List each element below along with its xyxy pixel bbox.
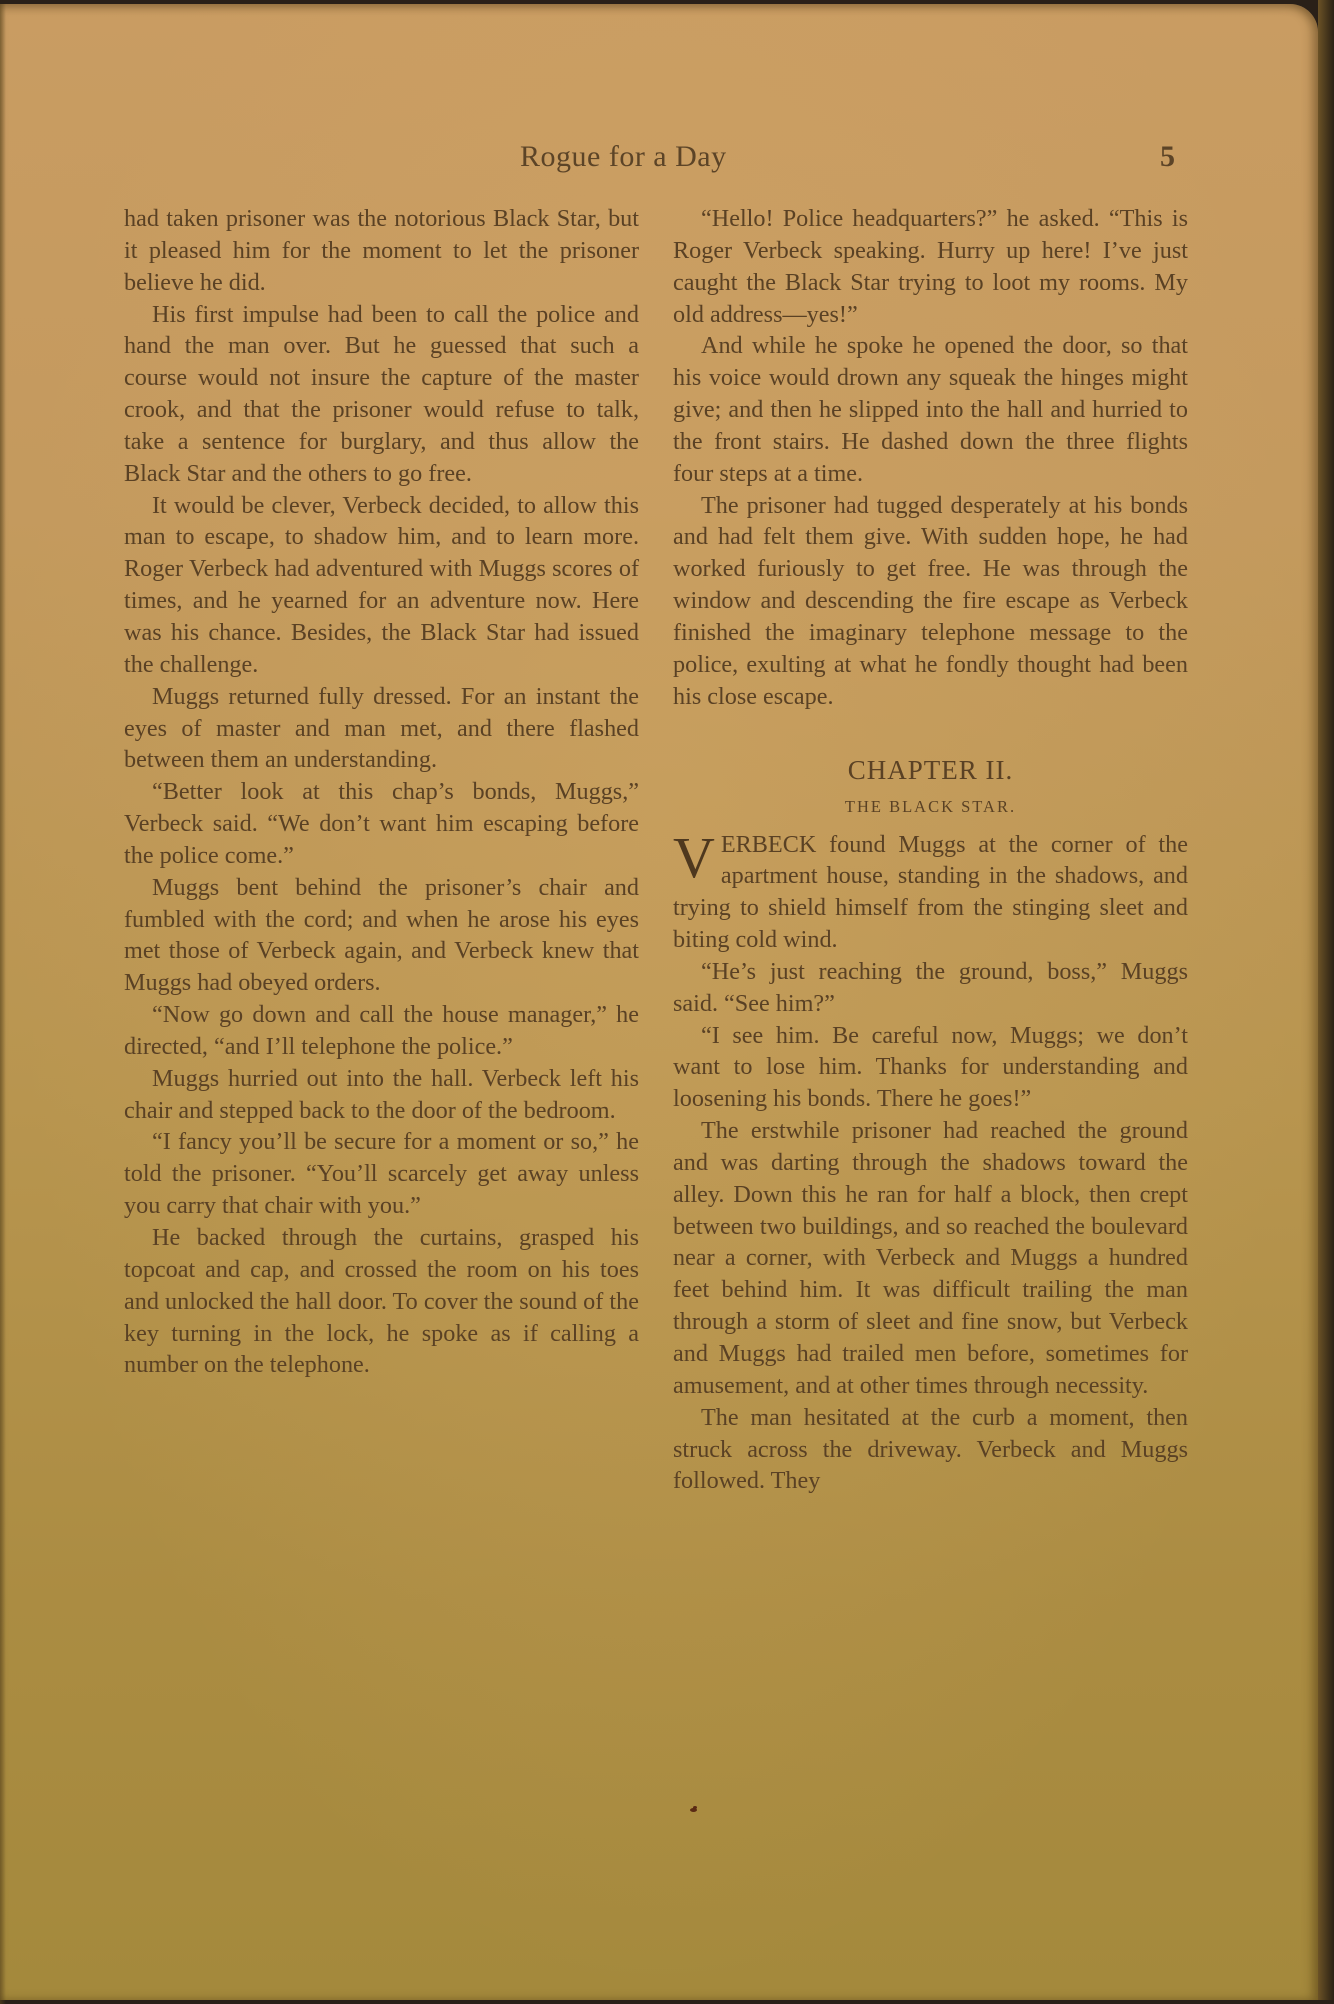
paragraph: “I see him. Be careful now, Muggs; we do… (673, 1020, 1188, 1116)
paragraph: It would be clever, Verbeck decided, to … (124, 490, 639, 681)
chapter-subtitle: THE BLACK STAR. (673, 793, 1188, 821)
paragraph: His first impulse had been to call the p… (124, 299, 639, 490)
paragraph: Muggs returned fully dressed. For an ins… (124, 681, 639, 777)
paragraph: The prisoner had tugged desperately at h… (673, 490, 1188, 713)
paragraph: And while he spoke he opened the door, s… (673, 330, 1188, 489)
chapter-heading: CHAPTER II. (673, 753, 1188, 787)
page-left-edge (0, 4, 6, 2000)
paragraph: “Now go down and call the house manager,… (124, 999, 639, 1063)
paragraph: had taken prisoner was the notorious Bla… (124, 203, 639, 299)
paragraph: The man hesitated at the curb a mo­ment,… (673, 1402, 1188, 1498)
paragraph: “Better look at this chap’s bonds, Muggs… (124, 776, 639, 872)
page-number: 5 (1160, 140, 1175, 174)
chapter-opening-paragraph: VERBECK found Muggs at the cor­ner of th… (673, 829, 1188, 956)
paragraph: The erstwhile prisoner had reached the g… (673, 1115, 1188, 1402)
right-column: “Hello! Police headquarters?” he asked. … (673, 203, 1188, 1497)
paragraph: Muggs bent behind the prisoner’s chair a… (124, 872, 639, 999)
running-header: Rogue for a Day 5 (0, 140, 1334, 180)
running-title: Rogue for a Day (520, 140, 727, 174)
paragraph: “I fancy you’ll be secure for a mo­ment … (124, 1126, 639, 1222)
book-spine-edge (1318, 0, 1334, 2000)
paragraph: “He’s just reaching the ground, boss,” M… (673, 956, 1188, 1020)
drop-cap: V (673, 833, 715, 883)
paragraph: Muggs hurried out into the hall. Verbeck… (124, 1063, 639, 1127)
left-column: had taken prisoner was the notorious Bla… (124, 203, 639, 1381)
paragraph: “Hello! Police headquarters?” he asked. … (673, 203, 1188, 330)
paragraph: He backed through the curtains, grasped … (124, 1222, 639, 1381)
chapter-opening-text: ERBECK found Muggs at the cor­ner of the… (673, 831, 1188, 954)
ink-speck (693, 1806, 697, 1809)
